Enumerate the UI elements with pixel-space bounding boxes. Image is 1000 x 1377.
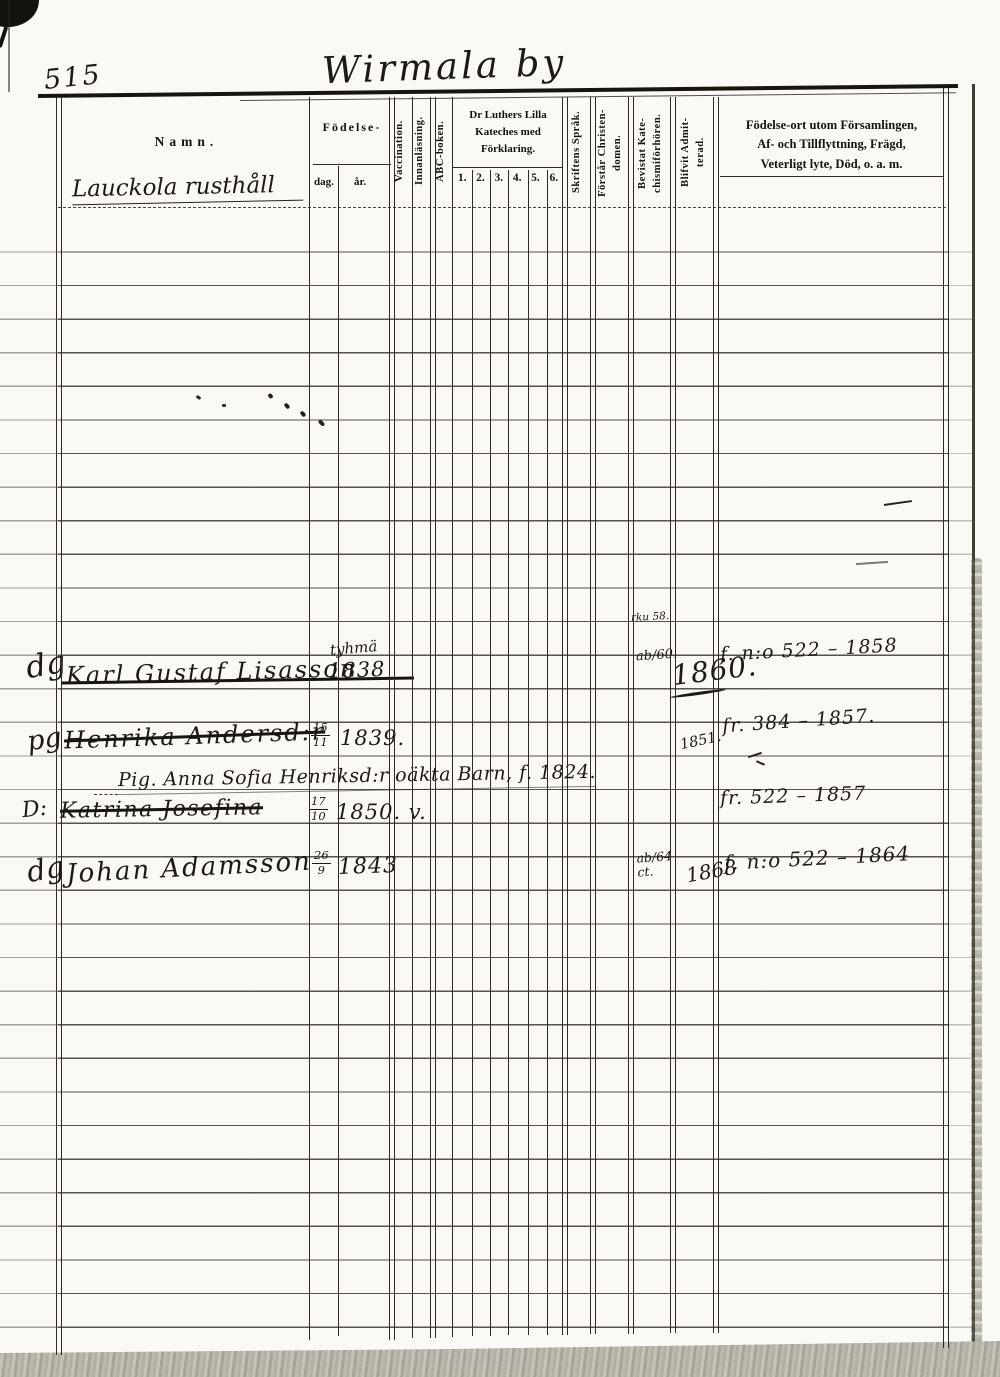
- entry-1-birth-year: 1838: [328, 659, 386, 682]
- column-line: [472, 170, 473, 1336]
- column-line: [528, 170, 529, 1335]
- column-header-dag: dag.: [314, 176, 334, 188]
- column-line: [490, 170, 491, 1336]
- entry-4-forhor-note: ab/64 ct.: [636, 848, 684, 880]
- page-title: Wirmala by: [321, 44, 566, 90]
- column-header-bevistat-line1: Bevistat Kate-: [637, 100, 648, 206]
- entry-2-birth-date: 1511: [311, 722, 330, 748]
- column-header-ar: år.: [354, 176, 366, 188]
- entry-3-remark: fr. 522 – 1857: [720, 784, 867, 808]
- entry-3-birth-date: 1710: [309, 796, 328, 822]
- column-header-forstar-line1: Förstår Christen-: [597, 100, 608, 206]
- header-bottom-line: [58, 207, 946, 208]
- inserted-note-dash: [94, 794, 118, 795]
- page-left-edge: [8, 0, 10, 92]
- column-line: [412, 97, 413, 1338]
- column-header-remarks: Födelse-ort utom Församlingen, Af- och T…: [720, 116, 943, 174]
- column-line: [943, 88, 949, 1348]
- column-line: [590, 97, 596, 1334]
- column-line: [389, 97, 395, 1340]
- scanned-church-record-page: 515 Wirmala by Namn. Födelse- dag. år. V…: [0, 0, 1000, 1377]
- column-header-skriftens-sprak: Skriftens Språk.: [571, 101, 582, 203]
- column-header-blifvit-line1: Blifvit Admit-: [680, 100, 691, 204]
- scan-bottom-edge: [0, 1337, 1000, 1377]
- ruled-lines-edge: [948, 219, 972, 1341]
- entry-1-kateches-note: rku 58.: [631, 611, 670, 623]
- column-line: [508, 170, 509, 1335]
- column-line: [56, 97, 62, 1355]
- remarks-subline: [720, 176, 943, 177]
- estate-name: Lauckola rusthåll: [72, 174, 303, 206]
- column-line: [628, 97, 634, 1334]
- column-header-fodelse: Födelse-: [313, 120, 391, 135]
- column-header-vaccination: Vaccination.: [394, 101, 405, 201]
- ink-speck: [222, 404, 226, 407]
- column-header-blifvit-line2: terad.: [695, 100, 706, 204]
- column-line: [338, 166, 339, 1336]
- column-line: [430, 97, 436, 1338]
- column-line: [309, 97, 310, 1340]
- column-header-kateches: Dr Luthers Lilla Kateches med Förklaring…: [453, 107, 563, 158]
- entry-2-birth-year: 1839.: [340, 728, 405, 749]
- kateches-subline: [453, 167, 563, 168]
- column-line: [547, 170, 548, 1335]
- column-line: [713, 97, 719, 1333]
- column-header-abc-boken: ABC-boken.: [435, 101, 446, 201]
- ruled-lines-margin: [0, 219, 58, 1341]
- column-line: [452, 97, 453, 1337]
- column-header-forstar-line2: domen.: [612, 100, 623, 206]
- entry-3-prefix: D:: [21, 798, 48, 822]
- column-header-innanlasning: Innanläsning.: [414, 101, 425, 201]
- entry-3-name: Katrina Josefina: [60, 797, 263, 823]
- entry-4-birth-date: 269: [312, 850, 331, 876]
- page-number: 515: [43, 61, 103, 94]
- column-header-bevistat-line2: chismiförhören.: [652, 100, 663, 206]
- column-line: [562, 97, 568, 1335]
- fodelse-subline: [313, 164, 391, 165]
- column-line: [670, 97, 676, 1333]
- page-edge-smudge: [971, 558, 982, 1358]
- entry-1-birth-note: tyhmä: [329, 639, 377, 658]
- column-header-namn: Namn.: [63, 134, 310, 150]
